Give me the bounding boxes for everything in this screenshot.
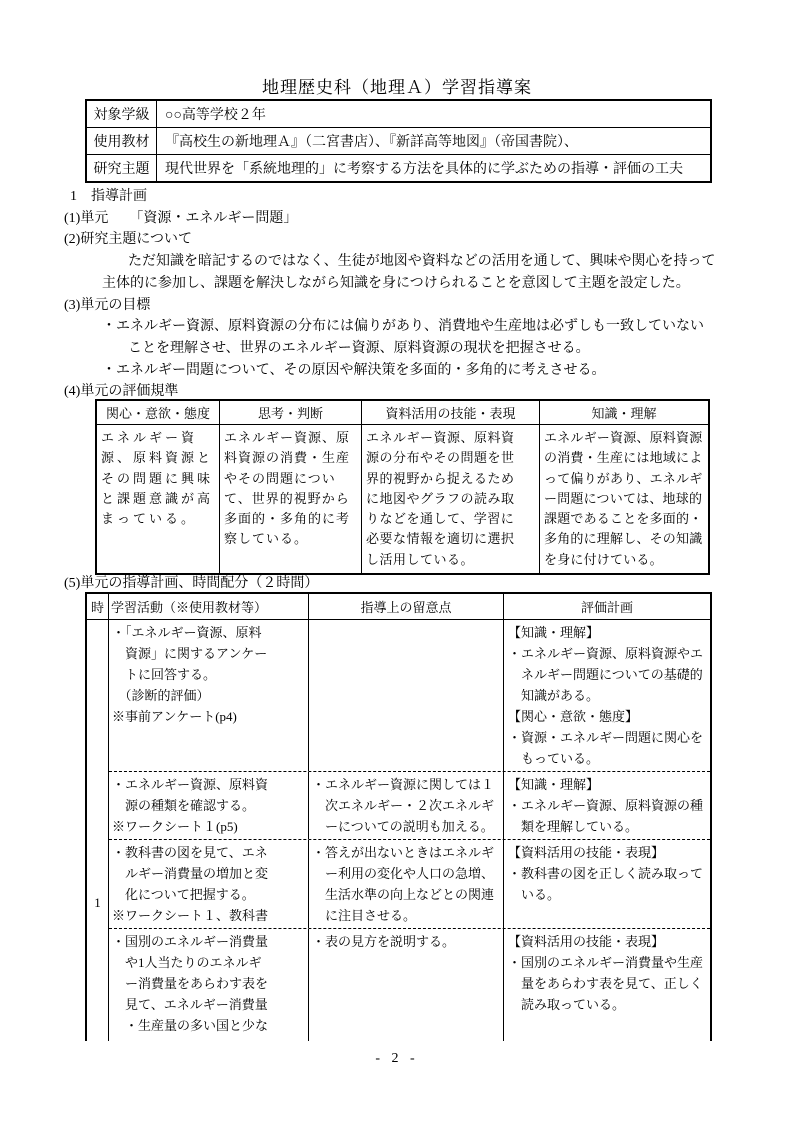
plan-header-evaluation: 評価計画 [504,594,710,619]
criteria-cell-skills: エネルギー資源、原料資 源の分布やその問題を世 界的視野から捉えるため に地図や… [362,425,540,573]
plan-row-resource-types: ・エネルギー資源、原料資 源の種類を確認する。 ※ワークシート１(p5) ・エネ… [109,772,710,840]
goal-item-line: ・エネルギー問題について、その原因や解決策を多面的・多角的に考えさせる。 [56,360,756,382]
info-label: 使用教材 [87,128,157,154]
info-value: 『高校生の新地理Ａ』（二宮書店）、『新詳高等地図』（帝国書院）、 [157,128,710,154]
theme-body-line: 主体的に参加し、課題を解決しながら知識を身につけられることを意図して主題を設定し… [56,273,756,295]
plan-row-consumption-table: ・国別のエネルギー消費量 や1人当たりのエネルギ ー消費量をあらわす表を 見て、… [109,929,710,1041]
theme-body-line: ただ知識を暗記するのではなく、生徒が地図や資料などの活用を通して、興味や関心を持… [56,251,756,273]
goal-item-line: ・エネルギー資源、原料資源の分布には偏りがあり、消費地や生産地は必ずしも一致して… [56,316,756,338]
evaluation-cell: 【知識・理解】 ・エネルギー資源、原料資源やエ ネルギー問題についての基礎的 知… [504,620,710,771]
info-row-research-theme: 研究主題 現代世界を「系統地理的」に考察する方法を具体的に学ぶための指導・評価の… [87,155,710,181]
criteria-cell-thinking: エネルギー資源、原 料資源の消費・生産 やその問題につい て、世界的視野から 多… [220,425,362,573]
criteria-header-skills: 資料活用の技能・表現 [362,401,540,424]
activity-cell: ・教科書の図を見て、エネ ルギー消費量の増加と変 化について把握する。 ※ワーク… [109,840,309,928]
info-value: 現代世界を「系統地理的」に考察する方法を具体的に学ぶための指導・評価の工夫 [157,155,710,181]
plan-header-activity: 学習活動（※使用教材等） [109,594,309,619]
info-table: 対象学級 ○○高等学校２年 使用教材 『高校生の新地理Ａ』（二宮書店）、『新詳高… [85,99,712,183]
page-number: - 2 - [0,1051,794,1067]
evaluation-cell: 【知識・理解】 ・エネルギー資源、原料資源の種 類を理解している。 [504,772,710,839]
unit-label: (1)単元 「資源・エネルギー問題」 [56,208,756,230]
schedule-label: (5)単元の指導計画、時間配分（２時間） [64,572,318,592]
info-label: 研究主題 [87,155,157,181]
evaluation-cell: 【資料活用の技能・表現】 ・国別のエネルギー消費量や生産 量をあらわす表を見て、… [504,929,710,1041]
document-title: 地理歴史科（地理Ａ）学習指導案 [0,73,794,98]
guidance-cell: ・表の見方を説明する。 [309,929,504,1041]
activity-cell: ・エネルギー資源、原料資 源の種類を確認する。 ※ワークシート１(p5) [109,772,309,839]
section-guidance-plan: 1 指導計画 (1)単元 「資源・エネルギー問題」 (2)研究主題について ただ… [56,186,756,403]
criteria-header-row: 関心・意欲・態度 思考・判断 資料活用の技能・表現 知識・理解 [97,401,708,425]
evaluation-cell: 【資料活用の技能・表現】 ・教科書の図を正しく読み取って いる。 [504,840,710,928]
criteria-body-row: エネルギー資 源、原料資源と その問題に興味 と課題意識が高 まっている。 エネ… [97,425,708,573]
info-row-materials: 使用教材 『高校生の新地理Ａ』（二宮書店）、『新詳高等地図』（帝国書院）、 [87,128,710,155]
plan-header-guidance: 指導上の留意点 [309,594,504,619]
activity-cell: ・「エネルギー資源、原料 資源」に関するアンケー トに回答する。 （診断的評価）… [109,620,309,771]
lesson-plan-table: 時 学習活動（※使用教材等） 指導上の留意点 評価計画 1 ・「エネルギー資源、… [85,592,712,1041]
plan-row-textbook-figure: ・教科書の図を見て、エネ ルギー消費量の増加と変 化について把握する。 ※ワーク… [109,840,710,929]
document-page: 地理歴史科（地理Ａ）学習指導案 対象学級 ○○高等学校２年 使用教材 『高校生の… [0,0,794,1123]
hour-cell: 1 [87,620,109,1041]
info-label: 対象学級 [87,101,157,127]
criteria-table: 関心・意欲・態度 思考・判断 資料活用の技能・表現 知識・理解 エネルギー資 源… [95,399,710,575]
plan-header-hour: 時 [87,594,109,619]
plan-body: 1 ・「エネルギー資源、原料 資源」に関するアンケー トに回答する。 （診断的評… [87,620,710,1041]
guidance-cell [309,620,504,771]
criteria-cell-interest: エネルギー資 源、原料資源と その問題に興味 と課題意識が高 まっている。 [97,425,220,573]
criteria-header-interest: 関心・意欲・態度 [97,401,220,424]
goal-item-line: ことを理解させ、世界のエネルギー資源、原料資源の現状を把握させる。 [56,338,756,360]
criteria-header-knowledge: 知識・理解 [540,401,708,424]
activity-cell: ・国別のエネルギー消費量 や1人当たりのエネルギ ー消費量をあらわす表を 見て、… [109,929,309,1041]
criteria-header-thinking: 思考・判断 [220,401,362,424]
guidance-cell: ・エネルギー資源に関しては１ 次エネルギー・２次エネルギ ーについての説明も加え… [309,772,504,839]
goal-label: (3)単元の目標 [56,295,756,317]
criteria-cell-knowledge: エネルギー資源、原料資源 の消費・生産には地域によ って偏りがあり、エネルギ ー… [540,425,708,573]
theme-label: (2)研究主題について [56,229,756,251]
section-heading: 1 指導計画 [56,186,756,208]
info-row-target-class: 対象学級 ○○高等学校２年 [87,101,710,128]
plan-row-questionnaire: ・「エネルギー資源、原料 資源」に関するアンケー トに回答する。 （診断的評価）… [109,620,710,772]
info-value: ○○高等学校２年 [157,101,710,127]
plan-header-row: 時 学習活動（※使用教材等） 指導上の留意点 評価計画 [87,594,710,620]
guidance-cell: ・答えが出ないときはエネルギ ー利用の変化や人口の急増、 生活水準の向上などとの… [309,840,504,928]
plan-rows: ・「エネルギー資源、原料 資源」に関するアンケー トに回答する。 （診断的評価）… [109,620,710,1041]
